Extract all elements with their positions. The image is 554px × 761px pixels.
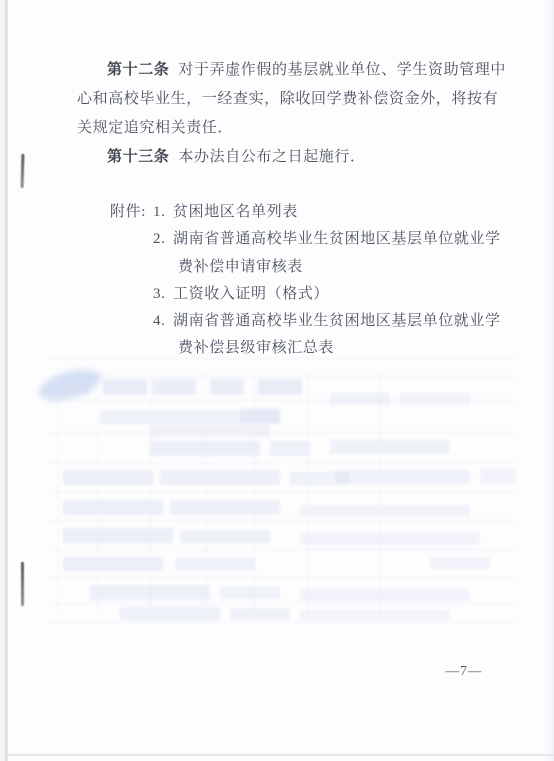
- bleedthrough-rule: [150, 376, 151, 622]
- attachments-list: 附件:1.贫困地区名单列表 2.湖南省普通高校毕业生贫困地区基层单位就业学 费补…: [110, 199, 520, 363]
- bleedthrough-artifact: [330, 393, 390, 405]
- bleedthrough-artifact: [430, 557, 490, 569]
- bleedthrough-artifact: [150, 441, 260, 456]
- article-12-line: 关规定追究相关责任．: [77, 114, 513, 143]
- page-edge-line: [5, 0, 8, 761]
- attachment-line-continuation: 费补偿县级审核汇总表: [110, 335, 520, 362]
- page-edge-bottom: [8, 754, 554, 756]
- attachment-title: 工资收入证明（格式）: [173, 286, 329, 302]
- bleedthrough-artifact: [300, 505, 470, 517]
- bleedthrough-rule: [255, 376, 256, 622]
- attachment-number: 1.: [153, 199, 173, 226]
- bleedthrough-rule: [50, 432, 516, 433]
- bleedthrough-artifact: [258, 379, 302, 395]
- article-12-term: 第十二条: [107, 62, 169, 78]
- bleedthrough-artifact: [175, 558, 255, 570]
- bleedthrough-artifact: [300, 533, 480, 545]
- article-12-text: 对于弄虚作假的基层就业单位、学生资助管理中: [178, 62, 506, 78]
- bleedthrough-rule: [380, 376, 381, 622]
- bleedthrough-artifact: [160, 470, 280, 485]
- bleedthrough-artifact: [270, 441, 310, 456]
- attachment-line: 2.湖南省普通高校毕业生贫困地区基层单位就业学: [110, 226, 520, 253]
- bleedthrough-artifact: [230, 608, 290, 620]
- bleedthrough-artifact: [300, 589, 470, 601]
- bleedthrough-artifact: [152, 379, 196, 395]
- binding-mark-bottom: [21, 562, 24, 606]
- bleedthrough-artifact: [180, 530, 270, 543]
- bleedthrough-artifact: [120, 607, 220, 620]
- bleedthrough-artifact: [480, 468, 516, 484]
- attachment-title: 湖南省普通高校毕业生贫困地区基层单位就业学: [173, 313, 501, 329]
- bleedthrough-artifact: [330, 440, 450, 454]
- bleedthrough-rule: [50, 549, 516, 550]
- bleedthrough-artifact: [335, 470, 470, 484]
- bleedthrough-rule: [50, 520, 516, 521]
- attachment-line-continuation: 费补偿申请审核表: [110, 254, 520, 281]
- bleedthrough-artifact: [100, 410, 280, 424]
- bleedthrough-artifact: [400, 393, 470, 405]
- attachment-number: 2.: [153, 226, 173, 253]
- bleedthrough-rule: [98, 376, 99, 622]
- article-13-line: 第十三条本办法自公布之日起施行．: [77, 143, 513, 172]
- bleedthrough-artifact: [210, 379, 244, 395]
- attachment-line: 3.工资收入证明（格式）: [110, 281, 520, 308]
- attachment-line: 4.湖南省普通高校毕业生贫困地区基层单位就业学: [110, 308, 520, 335]
- bleedthrough-rule: [205, 376, 206, 622]
- scanned-document-page: 第十二条对于弄虚作假的基层就业单位、学生资助管理中 心和高校毕业生，一经查实，除…: [0, 0, 554, 761]
- ink-streak: [36, 364, 105, 407]
- bleedthrough-rule: [50, 577, 516, 578]
- bleedthrough-artifact: [63, 500, 163, 515]
- article-12-line: 心和高校毕业生，一经查实，除收回学费补偿资金外，将按有: [77, 85, 513, 114]
- attachment-number: 4.: [153, 308, 173, 335]
- attachment-title: 湖南省普通高校毕业生贫困地区基层单位就业学: [173, 231, 501, 247]
- bleedthrough-artifact: [220, 587, 280, 599]
- bleedthrough-artifact: [63, 470, 153, 485]
- bleedthrough-artifact: [150, 425, 270, 437]
- bleedthrough-rule: [50, 492, 516, 493]
- article-13-term: 第十三条: [107, 149, 169, 165]
- attachment-title: 贫困地区名单列表: [173, 204, 298, 220]
- bleedthrough-artifact: [170, 500, 280, 515]
- bleedthrough-artifact: [300, 610, 450, 620]
- page-edge-right-shade: [544, 0, 554, 761]
- bleedthrough-rule: [308, 376, 309, 622]
- bleedthrough-artifact: [63, 557, 163, 571]
- article-13-text: 本办法自公布之日起施行．: [178, 149, 365, 165]
- bleedthrough-artifact: [103, 379, 147, 395]
- bleedthrough-artifact: [240, 408, 280, 424]
- article-paragraphs: 第十二条对于弄虚作假的基层就业单位、学生资助管理中 心和高校毕业生，一经查实，除…: [77, 56, 513, 172]
- bleedthrough-rule: [50, 603, 516, 604]
- bleedthrough-rule: [50, 622, 516, 623]
- attachment-line: 附件:1.贫困地区名单列表: [110, 199, 520, 226]
- bleedthrough-rule: [50, 462, 516, 463]
- binding-mark-top: [21, 154, 24, 188]
- page-number: —7—: [436, 663, 492, 679]
- bleedthrough-rule: [50, 376, 516, 377]
- attachment-number: 3.: [153, 281, 173, 308]
- bleedthrough-artifact: [290, 472, 350, 485]
- bleedthrough-rule: [50, 400, 516, 401]
- bleedthrough-rule: [58, 376, 59, 622]
- bleedthrough-artifact: [63, 528, 173, 543]
- article-12-line: 第十二条对于弄虚作假的基层就业单位、学生资助管理中: [77, 56, 513, 85]
- bleedthrough-artifact: [90, 585, 210, 600]
- attachments-label: 附件:: [110, 199, 153, 226]
- bleedthrough-artifact: [63, 379, 89, 395]
